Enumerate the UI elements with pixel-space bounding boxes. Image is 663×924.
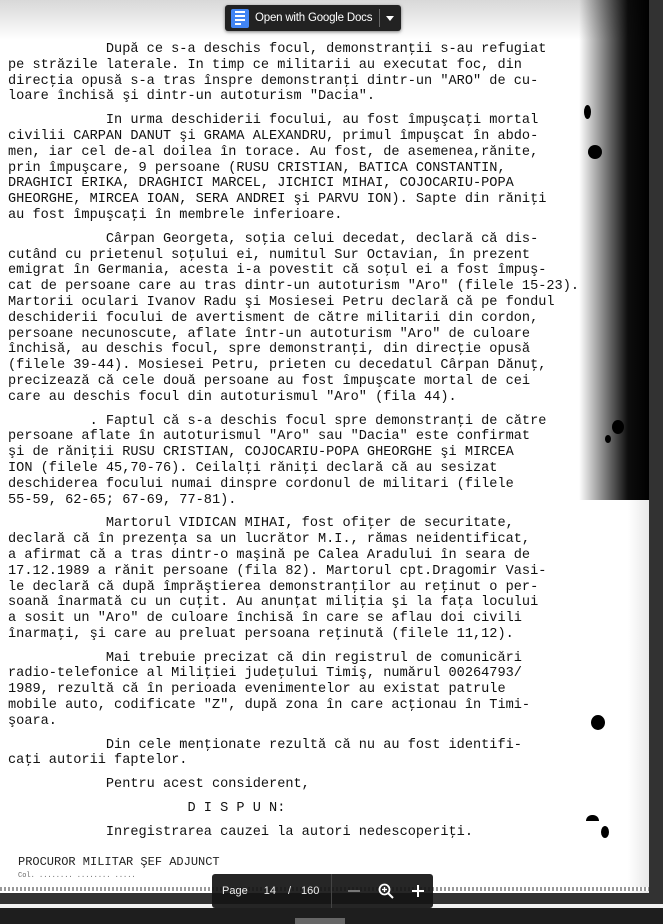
text-line: Mai trebuie precizat că din registrul de… xyxy=(8,651,588,667)
text-line: cat de persoane care au tras dintr-un au… xyxy=(8,279,588,295)
text-line: Cârpan Georgeta, soţia celui decedat, de… xyxy=(8,232,588,248)
pager-divider xyxy=(331,874,332,908)
open-with-label: Open with Google Docs xyxy=(255,12,372,24)
toolbar-divider xyxy=(379,9,380,27)
signature-title: PROCUROR MILITAR ŞEF ADJUNCT xyxy=(18,855,220,869)
current-page-input[interactable]: 14 xyxy=(264,885,276,897)
paragraph: . Faptul că s-a deschis focul spre demon… xyxy=(8,414,588,509)
ink-blot xyxy=(605,435,611,443)
text-line: D I S P U N: xyxy=(8,801,588,817)
text-line: civilii CARPAN DANUT şi GRAMA ALEXANDRU,… xyxy=(8,129,588,145)
text-line: au fost împuşcaţi în membrele inferioare… xyxy=(8,208,588,224)
text-line: 55-59, 62-65; 67-69, 77-81). xyxy=(8,493,588,509)
google-docs-icon xyxy=(231,9,249,28)
text-line: deschiderii focului de avertisment de că… xyxy=(8,311,588,327)
text-line: precizează că cele două persoane au fost… xyxy=(8,374,588,390)
text-line: mobile auto, codificate "Z", după zona î… xyxy=(8,698,588,714)
ink-blot xyxy=(591,715,605,730)
ink-blot xyxy=(601,826,609,838)
text-line: şi de răniţii RUSU CRISTIAN, COJOCARIU-P… xyxy=(8,445,588,461)
text-line: cutând cu prietenul soţului ei, numitul … xyxy=(8,248,588,264)
signature-name: Col. ........ ........ ..... xyxy=(18,872,136,880)
text-line: prin împuşcare, 9 persoane (RUSU CRISTIA… xyxy=(8,161,588,177)
text-line: In urma deschiderii focului, au fost împ… xyxy=(8,113,588,129)
document-text: După ce s-a deschis focul, demonstranţii… xyxy=(8,42,588,849)
paragraph: In urma deschiderii focului, au fost împ… xyxy=(8,113,588,224)
paragraph: Pentru acest considerent, xyxy=(8,777,588,793)
text-line: care au deschis focul din autoturismul "… xyxy=(8,390,588,406)
page-label: Page xyxy=(222,885,248,897)
zoom-in-button[interactable] xyxy=(408,881,428,901)
text-line: DRAGHICI ERIKA, DRAGHICI MARCEL, JICHICI… xyxy=(8,176,588,192)
text-line: Pentru acest considerent, xyxy=(8,777,588,793)
ink-blot xyxy=(612,420,624,434)
text-line: 17.12.1989 a rănit persoane (fila 82). M… xyxy=(8,564,588,580)
open-with-google-docs-button[interactable]: Open with Google Docs xyxy=(225,5,401,31)
scrollbar-thumb[interactable] xyxy=(295,918,345,924)
text-line: loare închisă şi dintr-un autoturism "Da… xyxy=(8,89,588,105)
text-line: Martorii oculari Ivanov Radu şi Mosiesei… xyxy=(8,295,588,311)
text-line: închisă, au deschis focul, spre demonstr… xyxy=(8,342,588,358)
paragraph: Martorul VIDICAN MIHAI, fost ofiţer de s… xyxy=(8,516,588,642)
text-line: Martorul VIDICAN MIHAI, fost ofiţer de s… xyxy=(8,516,588,532)
text-line: persoane aflate în autoturismul "Aro" sa… xyxy=(8,429,588,445)
zoom-out-button[interactable] xyxy=(344,881,364,901)
page-margin xyxy=(579,500,649,893)
text-line: şoara. xyxy=(8,714,588,730)
text-line: a sosit un "Aro" de culoare închisă în c… xyxy=(8,611,588,627)
paragraph: După ce s-a deschis focul, demonstranţii… xyxy=(8,42,588,105)
page-separator: / xyxy=(288,885,291,897)
text-line: înarmaţi, şi care au preluat persoana re… xyxy=(8,627,588,643)
caret-down-icon[interactable] xyxy=(386,16,394,21)
text-line: men, iar cel de-al doilea în torace. Au … xyxy=(8,145,588,161)
paragraph: Cârpan Georgeta, soţia celui decedat, de… xyxy=(8,232,588,406)
text-line: Din cele menţionate rezultă că nu au fos… xyxy=(8,738,588,754)
text-line: direcţia opusă s-a tras înspre demonstra… xyxy=(8,74,588,90)
paragraph: Inregistrarea cauzei la autori nedescope… xyxy=(8,825,588,841)
document-page: După ce s-a deschis focul, demonstranţii… xyxy=(0,0,649,893)
text-line: radio-telefonice al Miliţiei judeţului T… xyxy=(8,666,588,682)
total-pages: 160 xyxy=(301,885,319,897)
text-line: (filele 39-44). Mosiesei Petru, prieten … xyxy=(8,358,588,374)
page-controls: Page 14 / 160 xyxy=(212,874,433,908)
text-line: declară că în prezenţa sa un lucrător M.… xyxy=(8,532,588,548)
minus-icon xyxy=(347,884,361,898)
pdf-viewer: După ce s-a deschis focul, demonstranţii… xyxy=(0,0,663,924)
text-line: caţi autorii faptelor. xyxy=(8,753,588,769)
text-line: . Faptul că s-a deschis focul spre demon… xyxy=(8,414,588,430)
paragraph: D I S P U N: xyxy=(8,801,588,817)
text-line: pe străzile laterale. In timp ce militar… xyxy=(8,58,588,74)
ink-blot xyxy=(588,145,602,159)
magnifier-icon xyxy=(378,883,394,899)
text-line: ION (filele 45,70-76). Ceilalţi răniţi d… xyxy=(8,461,588,477)
plus-icon xyxy=(411,884,425,898)
text-line: emigrat în Germania, acesta i-a povestit… xyxy=(8,263,588,279)
text-line: GHEORGHE, MIRCEA IOAN, SERA ANDREI şi PA… xyxy=(8,192,588,208)
ink-blot xyxy=(584,105,591,119)
text-line: le declară că după împrăştierea demonstr… xyxy=(8,580,588,596)
text-line: Inregistrarea cauzei la autori nedescope… xyxy=(8,825,588,841)
text-line: deschiderea focului numai dinspre cordon… xyxy=(8,477,588,493)
paragraph: Mai trebuie precizat că din registrul de… xyxy=(8,651,588,730)
zoom-button[interactable] xyxy=(376,881,396,901)
ink-blot xyxy=(586,815,599,821)
text-line: 1989, rezultă că în perioada evenimentel… xyxy=(8,682,588,698)
paragraph: Din cele menţionate rezultă că nu au fos… xyxy=(8,738,588,770)
text-line: a afirmat că a tras dintr-o maşină pe Ca… xyxy=(8,548,588,564)
text-line: persoane necunoscute, aflate într-un aut… xyxy=(8,327,588,343)
text-line: soană înarmată cu un cuţit. Au anunţat m… xyxy=(8,595,588,611)
text-line: După ce s-a deschis focul, demonstranţii… xyxy=(8,42,588,58)
